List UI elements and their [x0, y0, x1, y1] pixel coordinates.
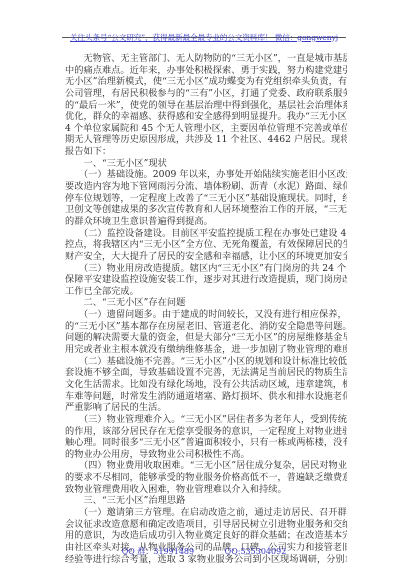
footer-qq-group: QQ 群：31991489: [122, 547, 194, 556]
text-line: 一、“三无小区”现状: [65, 158, 347, 170]
text-line: 严重影响了居民的生活。: [65, 402, 347, 414]
text-line: （一）遗留问题多。由于建成的时间较长，又没有进行相应保养，大部分: [65, 309, 347, 321]
text-line: 中的痛点难点。近年来，办事处积极探索、勇于实践，努力构建党建引领“三: [65, 65, 347, 77]
text-line: 的作用，该部分居民存在无偿享受服务的意识，一定程度上对物业进驻存在抵: [65, 426, 347, 438]
text-line: （三）物业用房改造提质。辖区内“三无小区”有门岗房的共 24 个，为: [65, 263, 347, 275]
text-line: 保障平安建设监控设施安装工作，逐步对其进行改造提质，现门岗房改造升级: [65, 274, 347, 286]
text-line: 二、“三无小区”存在问题: [65, 297, 347, 309]
text-line: 文化生活需求。比如没有绿化场地，没有公共活动区域，违章建筑，机动车停: [65, 379, 347, 391]
text-line: 公司管理，有居民积极参与的“三有”小区，打通了党委、政府联系服务群众: [65, 88, 347, 100]
text-line: 要改造内容为地下管网雨污分流、墙体粉刷、沥青（水泥）路面、绿化提升、: [65, 181, 347, 193]
header-promo-link[interactable]: 关注头条号“公文研究”，获得最新最全最专业的公文资料库！ 微信：gongweny…: [70, 33, 338, 42]
text-line: 卫创文等创建成果的多次宣传教育和人居环境整治工作的开展，“三无小区”: [65, 204, 347, 216]
text-line: 会议征求改造意愿和确定改造项目，引导居民树立引进物业服务和交纳物业费: [65, 519, 347, 531]
text-line: （三）物业管理难介入。“三无小区”居住者多为老年人，受到传统思想: [65, 414, 347, 426]
footer-qq: QQ:535304092: [225, 547, 287, 556]
text-line: 无小区”治理新模式，使“三无小区”成功蝶变为有党组织牵头负责，有物业: [65, 76, 347, 88]
text-line: （二）基础设施不完善。“三无小区”小区的规划和设计标准比较低，配: [65, 356, 347, 368]
page-header: 关注头条号“公文研究”，获得最新最全最专业的公文资料库！ 微信：gongweny…: [62, 25, 346, 38]
text-line: 的要求不尽相同，能够承受的物业服务价格高低不一，普遍缺乏缴费意识，导: [65, 472, 347, 484]
text-line: （二）监控设备建设。目前区平安监控提质工程在办事处已建设 415 个监: [65, 228, 347, 240]
text-line: （一）基础设施。2009 年以来，办事处开始陆续实施老旧小区改造，主: [65, 169, 347, 181]
text-line: 触心理。同时很多“三无小区”普遍面积较小，只有一栋或两栋楼，没有专门: [65, 437, 347, 449]
page-footer: QQ 群：31991489 QQ:535304092: [0, 546, 408, 557]
text-line: 控点，将我辖区内“三无小区”全方位、无死角覆盖，有效保障居民的生命和: [65, 239, 347, 251]
text-line: 期无人管理等历史原因形成，共涉及 11 个社区、4462 户居民。现将调研情况: [65, 134, 347, 146]
text-line: （一）邀请第三方管理。在启动改造之前，通过走访居民、召开群众代表: [65, 507, 347, 519]
text-line: 致物业管理费用收入困难，物业管理难以介入和持续。: [65, 484, 347, 496]
text-line: 用完或者业主根本就没有缴纳维修基金，进一步加剧了物业管理的难度。: [65, 344, 347, 356]
text-line: 的物业办公用房，导致物业公司积极性不高。: [65, 449, 347, 461]
text-line: 4 个单位家属院和 45 个无人管理小区，主要因单位管理不完善或单位破产后长: [65, 123, 347, 135]
text-line: 的“最后一米”，使党的领导在基层治理中得到强化，基层社会治理体系得到: [65, 100, 347, 112]
text-line: 车难等问题，时常发生消防通道堵塞、路灯损坏、供水和排水设施老化等现象，: [65, 391, 347, 403]
document-body: 无物管、无主管部门、无人防物防的“三无小区”，一直是城市基层治理中的痛点难点。近…: [65, 53, 347, 565]
text-line: 的群众环境卫生意识普遍得到提高。: [65, 216, 347, 228]
text-line: 报告如下：: [65, 146, 347, 158]
text-line: 优化，群众的幸福感、获得感和安全感得到明显提升。我办“三无小区”包括: [65, 111, 347, 123]
text-line: 工作已全部完成。: [65, 286, 347, 298]
text-line: 无物管、无主管部门、无人防物防的“三无小区”，一直是城市基层治理: [65, 53, 347, 65]
text-line: 问题的解决需要大量的资金，但是大部分“三无小区”的房屋维修基金早已使: [65, 332, 347, 344]
text-line: （四）物业费用收取困难。“三无小区”居住成分复杂，居民对物业管理: [65, 460, 347, 472]
text-line: 三、“三无小区”治理思路: [65, 495, 347, 507]
text-line: 用的意识，为改造后成功引入物业奠定良好的群众基础；在改造基本完工后，: [65, 530, 347, 542]
text-line: 的“三无小区”基本都存在房屋老旧、管道老化、消防安全隐患等问题。上述: [65, 321, 347, 333]
text-line: 套设施不够全面，导致基础设置不完善，无法满足当前居民的物质生活和精神: [65, 367, 347, 379]
text-line: 财产安全，大大提升了居民的安全感和幸福感，让小区的环境更加安全、和谐。: [65, 251, 347, 263]
text-line: 停车位规划等，一定程度上改善了“三无小区”基础设施现状。同时，经过创: [65, 193, 347, 205]
